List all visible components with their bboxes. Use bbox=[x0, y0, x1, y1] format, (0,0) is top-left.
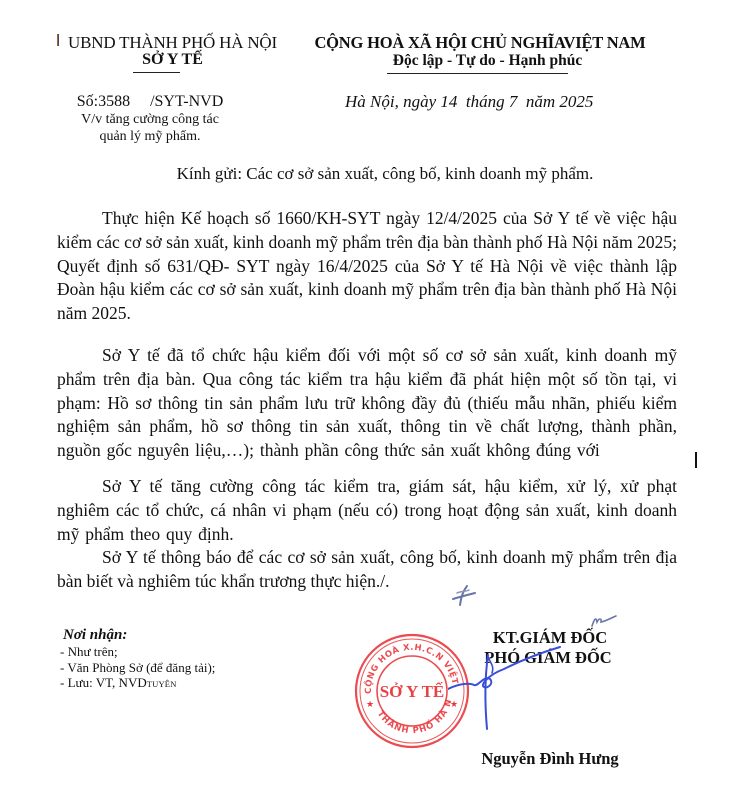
signer-name: Nguyễn Đình Hưng bbox=[440, 749, 660, 769]
recipient-item: - Như trên; bbox=[60, 644, 215, 660]
national-motto: Độc lập - Tự do - Hạnh phúc bbox=[380, 51, 595, 71]
document-number: Số:3588 /SYT-NVD bbox=[0, 93, 300, 111]
recipients-list: - Như trên; - Văn Phòng Sở (để đăng tải)… bbox=[60, 644, 215, 693]
subject-line-2: quản lý mỹ phẩm. bbox=[0, 128, 300, 145]
handwritten-initial-icon bbox=[449, 583, 479, 607]
recipient-initials: TUYÊN bbox=[147, 679, 177, 689]
salutation: Kính gửi: Các cơ sở sản xuất, công bố, k… bbox=[0, 163, 734, 185]
svg-text:★: ★ bbox=[366, 699, 374, 709]
svg-text:SỞ Y TẾ: SỞ Y TẾ bbox=[380, 682, 445, 701]
issuer-name: SỞ Y TẾ bbox=[0, 50, 345, 70]
subject-line-1: V/v tăng cường công tác bbox=[0, 111, 300, 128]
text-cursor bbox=[695, 452, 697, 468]
document-subject: V/v tăng cường công tác quản lý mỹ phẩm. bbox=[0, 111, 300, 145]
recipient-item: - Văn Phòng Sở (để đăng tải); bbox=[60, 660, 215, 676]
handwritten-signature-icon bbox=[448, 645, 563, 745]
body-paragraph-3: Sở Y tế tăng cường công tác kiểm tra, gi… bbox=[57, 475, 677, 546]
recipients-title: Nơi nhận: bbox=[63, 626, 127, 644]
body-paragraph-2: Sở Y tế đã tổ chức hậu kiểm đối với một … bbox=[57, 344, 677, 463]
body-paragraph-4: Sở Y tế thông báo để các cơ sở sản xuất,… bbox=[57, 546, 677, 594]
national-title: CỘNG HOÀ XÃ HỘI CHỦ NGHĨAVIỆT NAM bbox=[300, 33, 660, 53]
issuer-underline bbox=[133, 72, 180, 73]
recipient-item: - Lưu: VT, NVDTUYÊN bbox=[60, 675, 215, 693]
motto-underline bbox=[387, 73, 568, 74]
document-date: Hà Nội, ngày 14 tháng 7 năm 2025 bbox=[330, 92, 675, 112]
body-paragraph-1: Thực hiện Kế hoạch số 1660/KH-SYT ngày 1… bbox=[57, 207, 677, 326]
